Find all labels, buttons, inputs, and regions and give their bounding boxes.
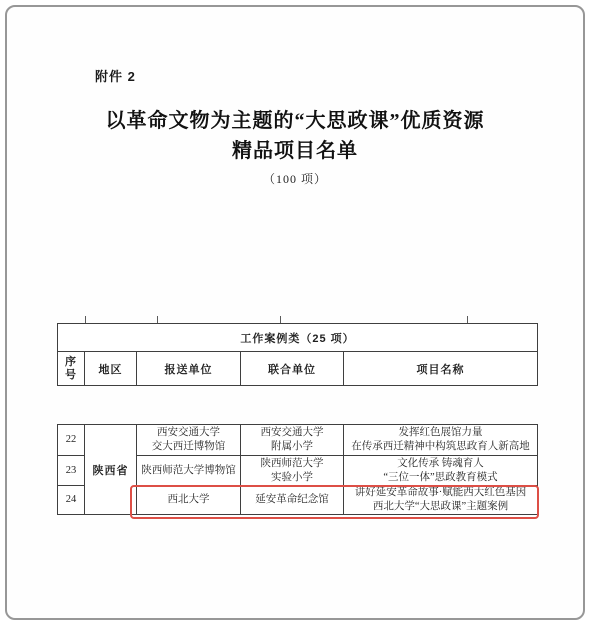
column-header-no-label: 序号 <box>65 356 78 382</box>
submitting-unit-line: 陕西师范大学博物馆 <box>137 464 240 478</box>
submitting-unit-cell: 西安交通大学 交大西迁博物馆 <box>137 425 241 456</box>
project-name-cell: 发挥红色展馆力量 在传承西迁精神中构筑思政育人新高地 <box>344 425 538 456</box>
submitting-unit-line: 西北大学 <box>137 493 240 507</box>
joint-unit-line: 附属小学 <box>241 440 343 454</box>
section-header-cell: 工作案例类（25 项） <box>58 324 538 352</box>
joint-unit-line: 延安革命纪念馆 <box>241 493 343 507</box>
submitting-unit-cell: 陕西师范大学博物馆 <box>137 456 241 486</box>
submitting-unit-cell: 西北大学 <box>137 486 241 515</box>
table-row-22: 22 陕西省 西安交通大学 交大西迁博物馆 西安交通大学 附属小学 发挥红色展馆… <box>58 425 538 456</box>
joint-unit-line: 实验小学 <box>241 471 343 485</box>
column-header-project-name: 项目名称 <box>344 352 538 386</box>
column-header-region: 地区 <box>85 352 137 386</box>
project-name-cell: 文化传承 铸魂育人 “三位一体”思政教育模式 <box>344 456 538 486</box>
submitting-unit-line: 交大西迁博物馆 <box>137 440 240 454</box>
project-name-line: 发挥红色展馆力量 <box>344 426 537 440</box>
joint-unit-line: 西安交通大学 <box>241 426 343 440</box>
project-name-cell: 讲好延安革命故事·赋能西大红色基因 西北大学“大思政课”主题案例 <box>344 486 538 515</box>
region-cell: 陕西省 <box>85 425 137 515</box>
document-title-line2: 精品项目名单 <box>45 136 545 166</box>
column-header-joint-unit: 联合单位 <box>241 352 344 386</box>
document-title-line1: 以革命文物为主题的“大思政课”优质资源 <box>45 106 545 136</box>
case-table-header: 工作案例类（25 项） 序号 地区 报送单位 联合单位 项目名称 <box>57 323 538 386</box>
item-count-note: （100 项） <box>45 170 545 187</box>
column-header-no: 序号 <box>58 352 85 386</box>
joint-unit-line: 陕西师范大学 <box>241 457 343 471</box>
page-frame <box>5 5 585 620</box>
row-no: 22 <box>58 425 85 456</box>
project-name-line: 讲好延安革命故事·赋能西大红色基因 <box>344 486 537 500</box>
submitting-unit-line: 西安交通大学 <box>137 426 240 440</box>
document-title: 以革命文物为主题的“大思政课”优质资源 精品项目名单 <box>45 106 545 166</box>
column-header-submitting-unit: 报送单位 <box>137 352 241 386</box>
row-no: 24 <box>58 486 85 515</box>
project-name-line: 西北大学“大思政课”主题案例 <box>344 500 537 514</box>
joint-unit-cell: 延安革命纪念馆 <box>241 486 344 515</box>
joint-unit-cell: 陕西师范大学 实验小学 <box>241 456 344 486</box>
case-table-body: 22 陕西省 西安交通大学 交大西迁博物馆 西安交通大学 附属小学 发挥红色展馆… <box>57 424 538 515</box>
project-name-line: “三位一体”思政教育模式 <box>344 471 537 485</box>
joint-unit-cell: 西安交通大学 附属小学 <box>241 425 344 456</box>
row-no: 23 <box>58 456 85 486</box>
project-name-line: 文化传承 铸魂育人 <box>344 457 537 471</box>
attachment-label: 附件 2 <box>95 66 136 85</box>
project-name-line: 在传承西迁精神中构筑思政育人新高地 <box>344 440 537 454</box>
